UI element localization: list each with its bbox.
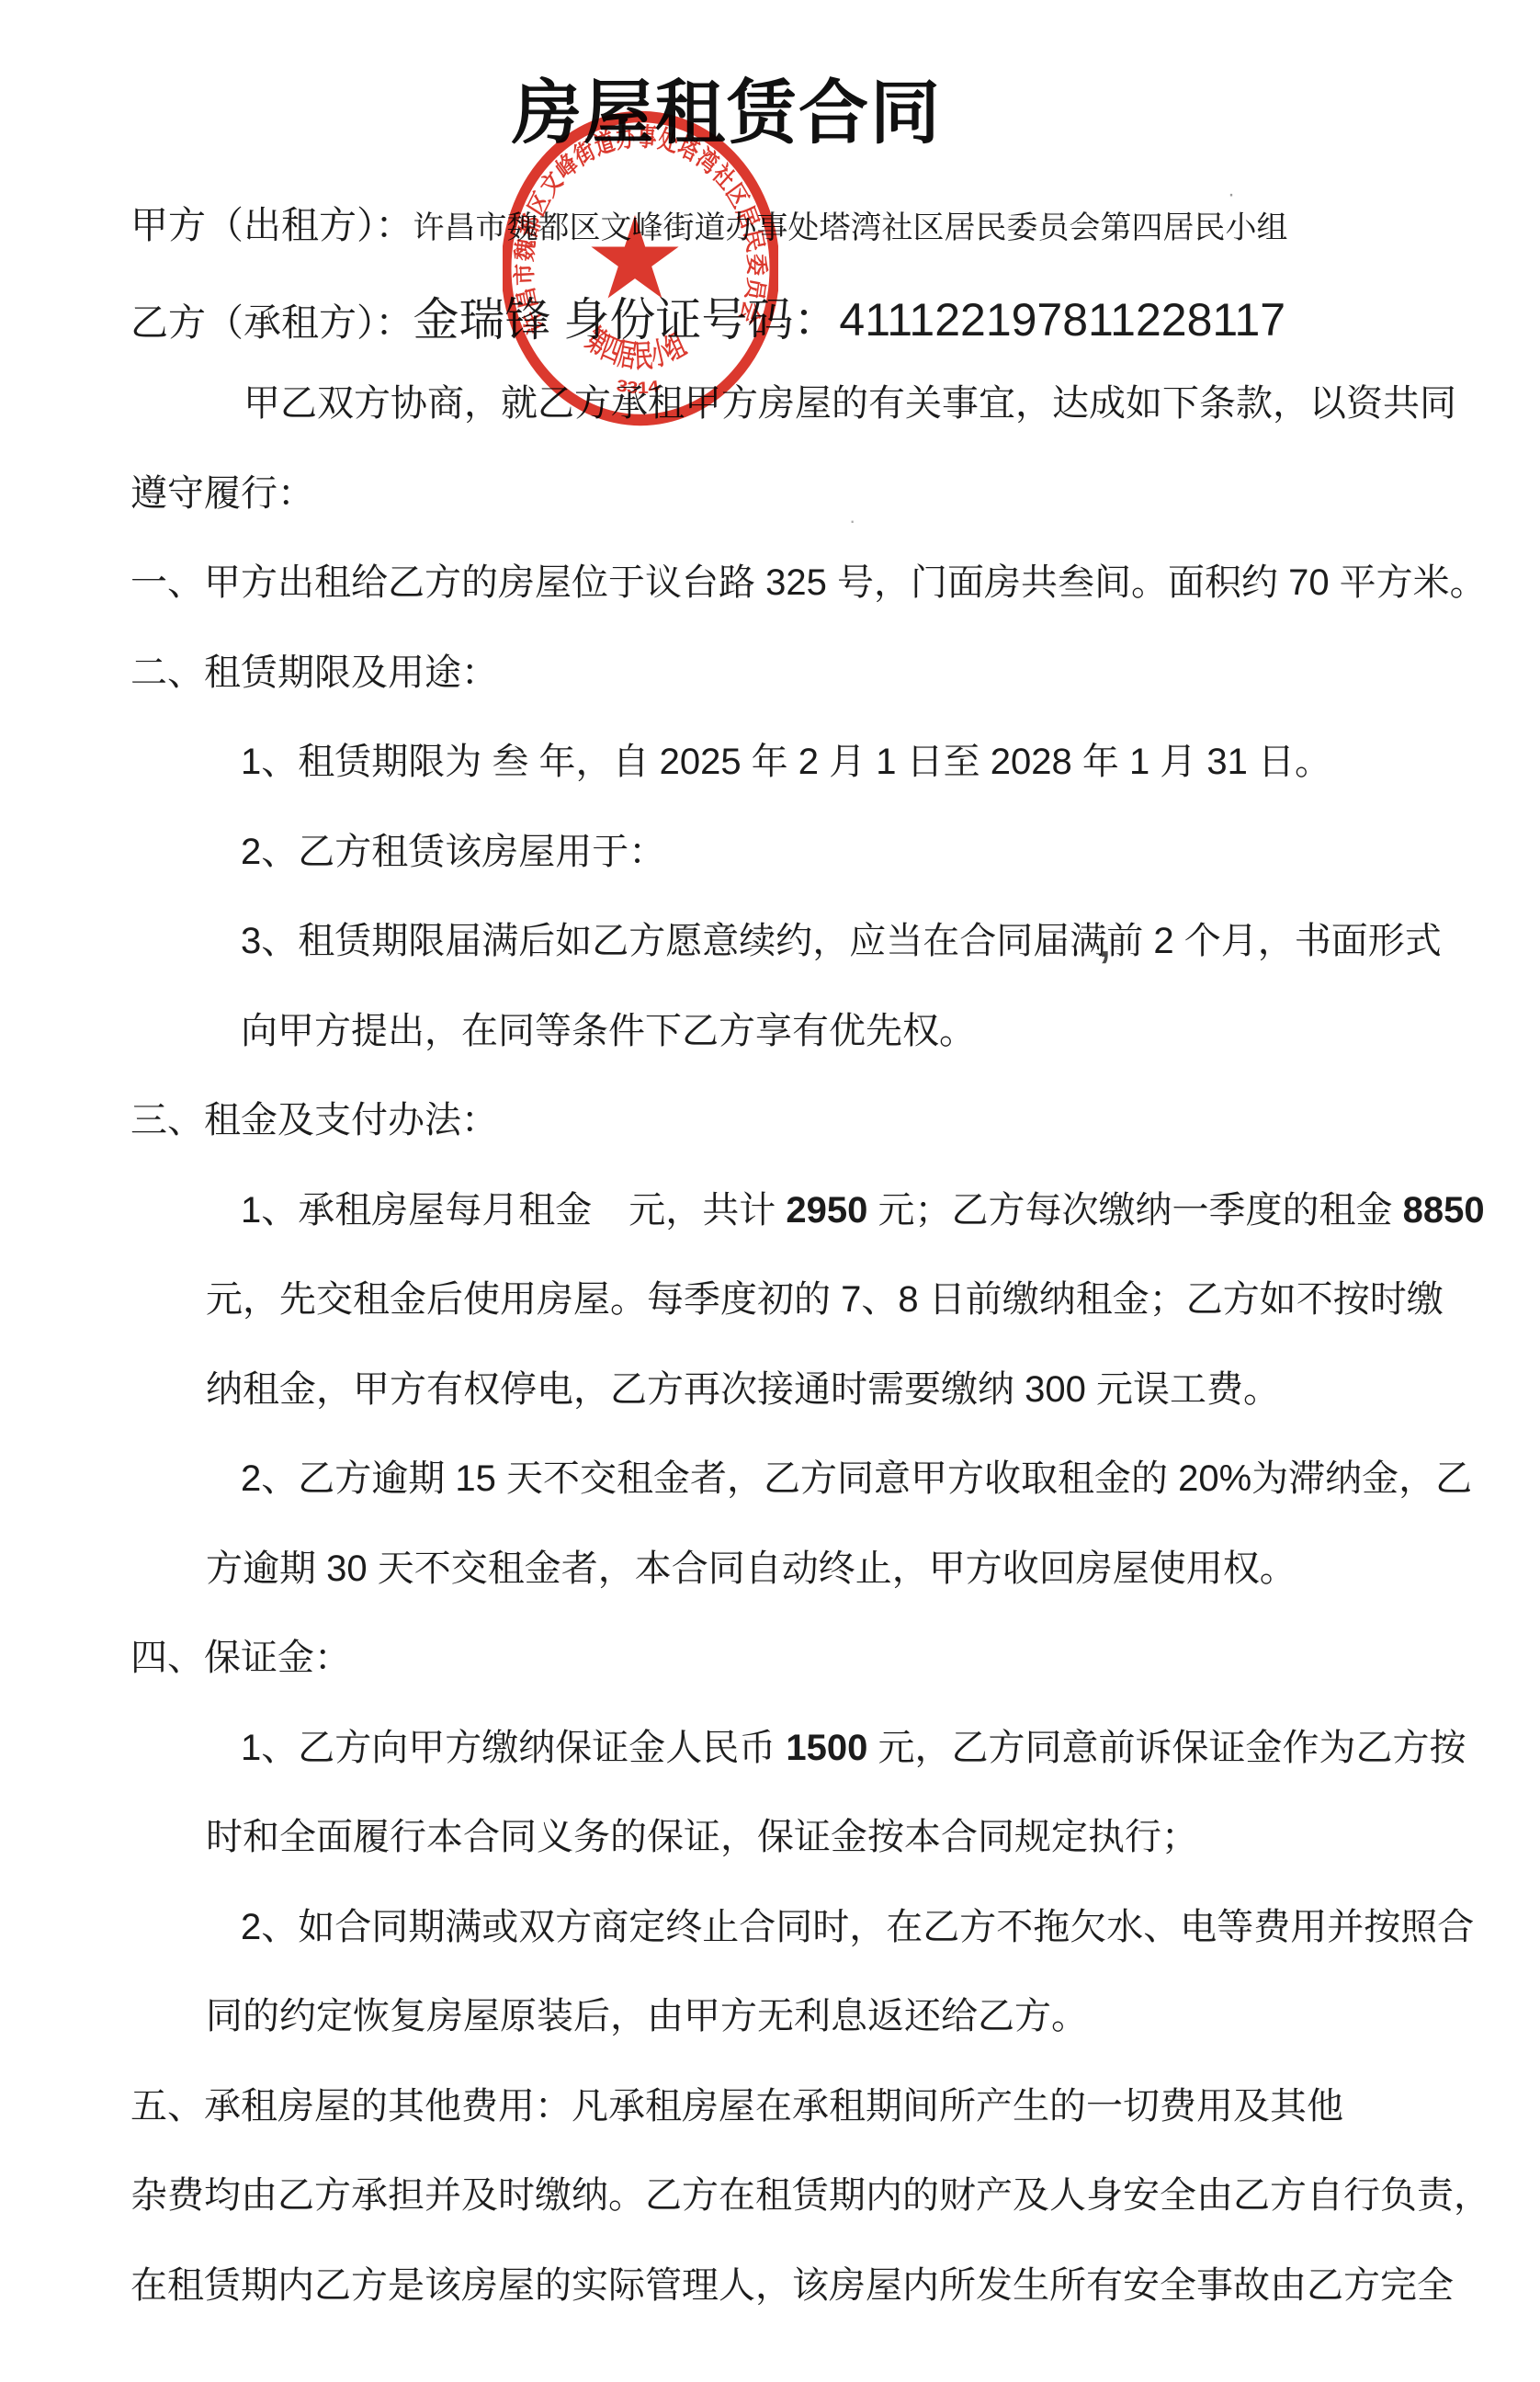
text-run: 1、乙方向甲方缴纳保证金人民币 (241, 1728, 786, 1768)
text-run: 1、租赁期限为 叁 年，自 2025 年 2 月 1 日至 2028 年 1 月… (241, 742, 1331, 782)
contract-line: 3、租赁期限届满后如乙方愿意续约，应当在合同届满前 2 个月，书面形式 (241, 920, 1442, 963)
text-run: 向甲方提出，在同等条件下乙方享有优先权。 (241, 1011, 976, 1051)
contract-line: 2、乙方租赁该房屋用于： (241, 831, 665, 874)
text-run: 四、保证金： (130, 1638, 351, 1678)
scan-artifact: · (1228, 184, 1235, 206)
contract-line: 2、乙方逾期 15 天不交租金者，乙方同意甲方收取租金的 20%为滞纳金，乙 (241, 1458, 1472, 1501)
contract-line: 在租赁期内乙方是该房屋的实际管理人，该房屋内所发生所有安全事故由乙方完全 (130, 2264, 1454, 2308)
contract-line: 时和全面履行本合同义务的保证，保证金按本合同规定执行； (206, 1816, 1198, 1859)
contract-line: 纳租金，甲方有权停电，乙方再次接通时需要缴纳 300 元误工费。 (206, 1368, 1280, 1412)
contract-line: 元，先交租金后使用房屋。每季度初的 7、8 日前缴纳租金；乙方如不按时缴 (206, 1278, 1444, 1321)
text-run: 一、甲方出租给乙方的房屋位于议台路 325 号，门面房共叁间。面积约 70 平方… (130, 562, 1487, 603)
contract-page: 房屋租赁合同 甲方（出租方）：许昌市魏都区文峰街道办事处塔湾社区居民委员会第四居… (0, 0, 1540, 2382)
text-run: 二、租赁期限及用途： (130, 652, 498, 693)
text-run: 元，先交租金后使用房屋。每季度初的 7、8 日前缴纳租金；乙方如不按时缴 (206, 1279, 1444, 1320)
text-run: 1、承租房屋每月租金 元，共计 (241, 1190, 786, 1231)
contract-line: 一、甲方出租给乙方的房屋位于议台路 325 号，门面房共叁间。面积约 70 平方… (130, 561, 1487, 605)
text-run: 五、承租房屋的其他费用：凡承租房屋在承租期间所产生的一切费用及其他 (130, 2086, 1343, 2127)
contract-line: 1、乙方向甲方缴纳保证金人民币 1500 元，乙方同意前诉保证金作为乙方按 (241, 1727, 1466, 1770)
text-run: 元；乙方每次缴纳一季度的租金 (867, 1190, 1402, 1231)
text-run: 2、如合同期满或双方商定终止合同时，在乙方不拖欠水、电等费用并按照合 (241, 1907, 1474, 1947)
text-run: 2、乙方租赁该房屋用于： (241, 832, 665, 872)
contract-line: 五、承租房屋的其他费用：凡承租房屋在承租期间所产生的一切费用及其他 (130, 2085, 1343, 2128)
contract-line: 甲乙双方协商，就乙方承租甲方房屋的有关事宜，达成如下条款，以资共同 (243, 382, 1456, 425)
contract-line: 四、保证金： (130, 1637, 351, 1680)
contract-line: 杂费均由乙方承担并及时缴纳。乙方在租赁期内的财产及人身安全由乙方自行负责， (130, 2174, 1490, 2218)
text-run: 1500 (786, 1728, 867, 1768)
text-run: 3、租赁期限届满后如乙方愿意续约，应当在合同届满前 2 个月，书面形式 (241, 921, 1442, 961)
contract-line: 方逾期 30 天不交租金者，本合同自动终止，甲方收回房屋使用权。 (206, 1548, 1297, 1591)
seal-code: 3314 (615, 376, 661, 397)
text-run: 8850 (1403, 1190, 1485, 1231)
contract-line: 同的约定恢复房屋原装后，由甲方无利息返还给乙方。 (206, 1995, 1088, 2038)
contract-line: 2、如合同期满或双方商定终止合同时，在乙方不拖欠水、电等费用并按照合 (241, 1906, 1474, 1949)
text-run: 甲方（出租方）： (130, 204, 413, 246)
text-run: 遵守履行： (130, 473, 314, 514)
official-seal: 许昌市魏都区文峰街道办事处塔湾社区居民委员会 第四居民小组 3314 (503, 110, 778, 426)
text-run: 2950 (786, 1190, 867, 1231)
seal-star-icon (591, 215, 678, 299)
text-run: 同的约定恢复房屋原装后，由甲方无利息返还给乙方。 (206, 1996, 1088, 2036)
contract-line: 二、租赁期限及用途： (130, 652, 498, 695)
contract-line: 向甲方提出，在同等条件下乙方享有优先权。 (241, 1010, 976, 1053)
contract-line: 遵守履行： (130, 472, 314, 516)
contract-line: 三、租金及支付办法： (130, 1099, 498, 1142)
contract-line: 1、租赁期限为 叁 年，自 2025 年 2 月 1 日至 2028 年 1 月… (241, 741, 1331, 784)
scan-artifact: · (849, 511, 855, 531)
text-run: 时和全面履行本合同义务的保证，保证金按本合同规定执行； (206, 1817, 1198, 1857)
text-run: 2、乙方逾期 15 天不交租金者，乙方同意甲方收取租金的 20%为滞纳金，乙 (241, 1458, 1472, 1499)
text-run: 甲乙双方协商，就乙方承租甲方房屋的有关事宜，达成如下条款，以资共同 (243, 383, 1456, 424)
text-run: 三、租金及支付办法： (130, 1100, 498, 1140)
seal-bottom-text: 第四居民小组 (581, 321, 690, 374)
text-run: 杂费均由乙方承担并及时缴纳。乙方在租赁期内的财产及人身安全由乙方自行负责， (130, 2175, 1490, 2216)
contract-line: 1、承租房屋每月租金 元，共计 2950 元；乙方每次缴纳一季度的租金 8850 (241, 1189, 1485, 1232)
text-run: 乙方（承租方）： (130, 301, 413, 344)
text-run: 在租赁期内乙方是该房屋的实际管理人，该房屋内所发生所有安全事故由乙方完全 (130, 2265, 1454, 2306)
scan-artifact: ’ (1099, 945, 1111, 987)
text-run: 方逾期 30 天不交租金者，本合同自动终止，甲方收回房屋使用权。 (206, 1548, 1297, 1589)
text-run: 元，乙方同意前诉保证金作为乙方按 (867, 1728, 1466, 1768)
text-run: 纳租金，甲方有权停电，乙方再次接通时需要缴纳 300 元误工费。 (206, 1369, 1280, 1410)
